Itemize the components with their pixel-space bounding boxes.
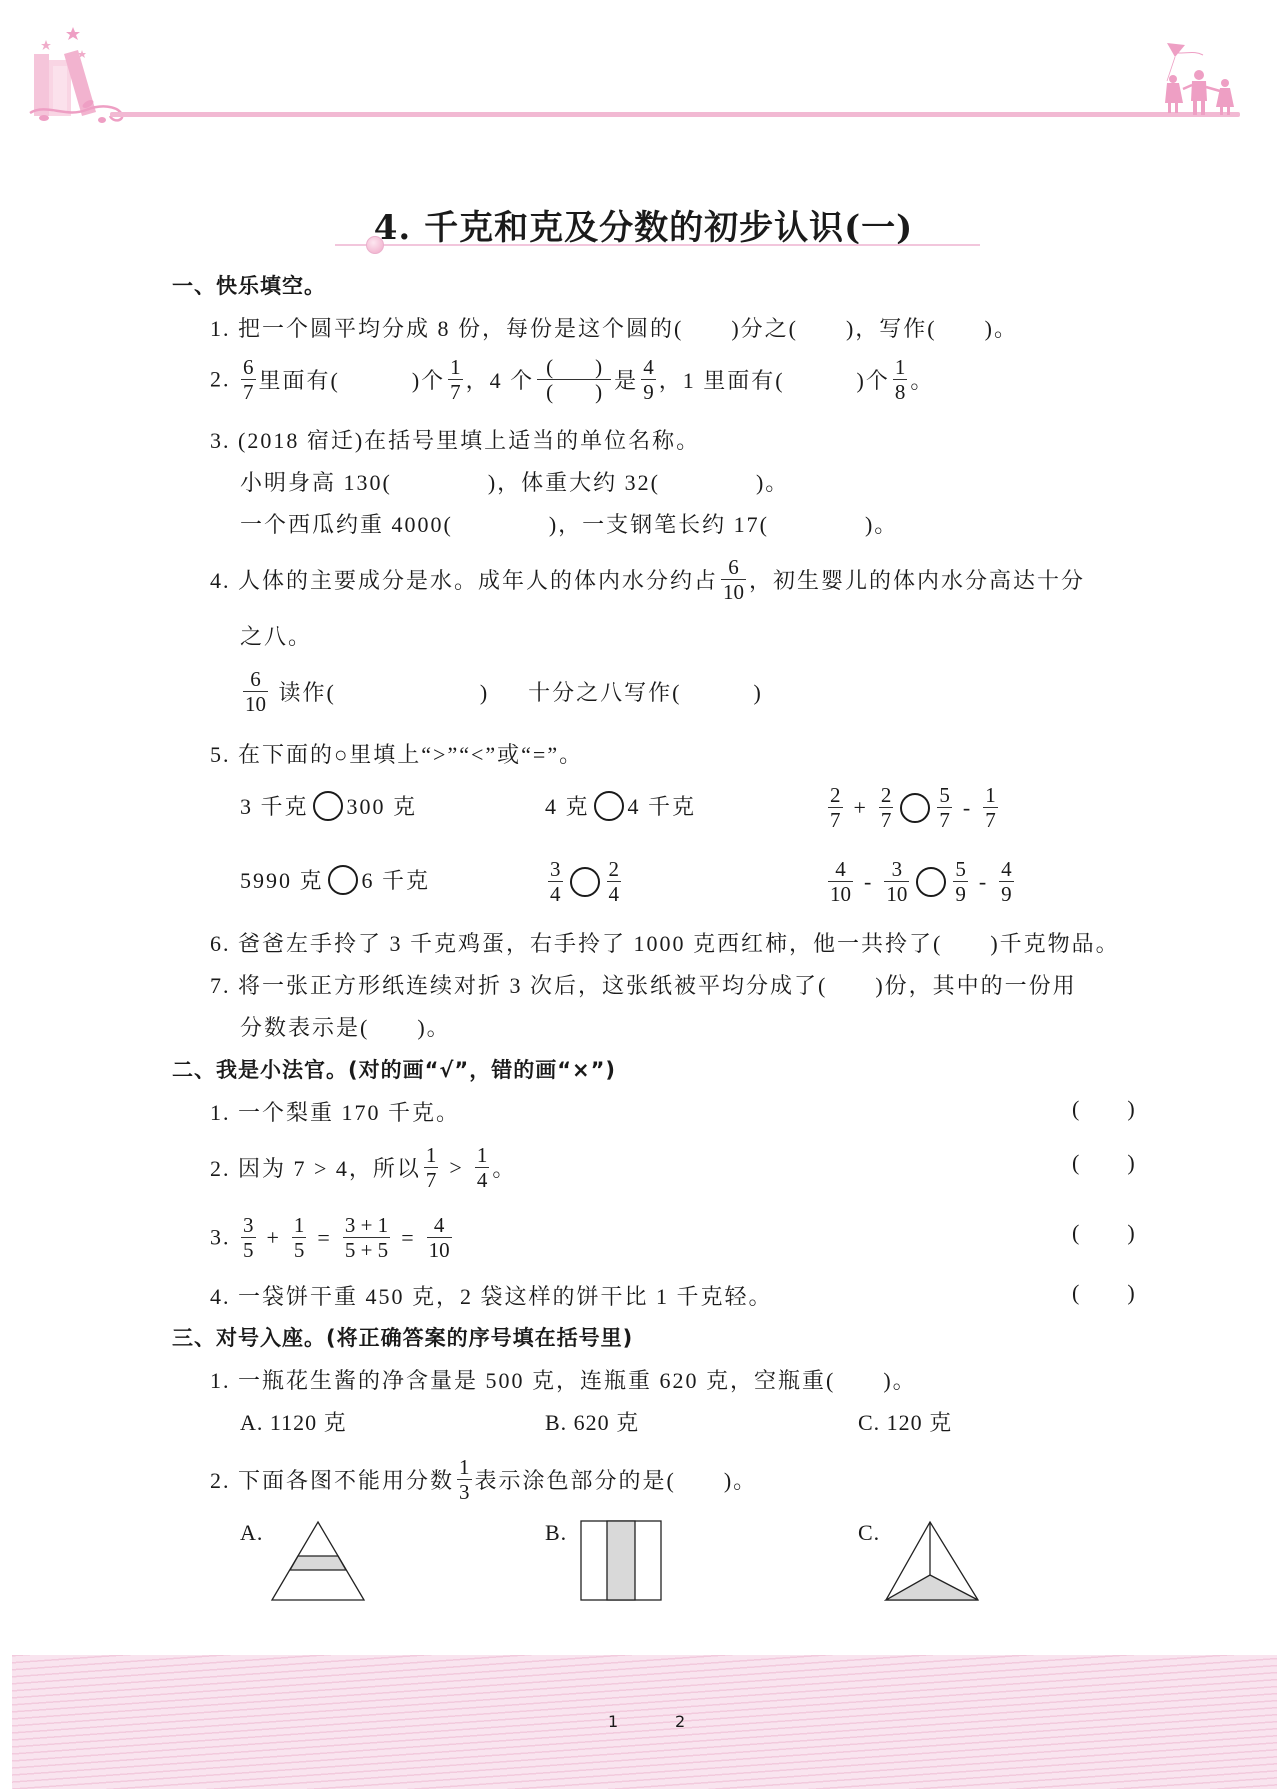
s1-q7-line2: 分数表示是( )。 (240, 1011, 451, 1042)
compare-circle-input[interactable] (313, 791, 343, 821)
judge-answer-box[interactable]: () (1072, 1220, 1135, 1246)
option-a[interactable]: A. 1120 克 (240, 1406, 347, 1437)
title-rule (335, 244, 980, 246)
judge-answer-box[interactable]: () (1072, 1096, 1135, 1122)
fraction: 67 (241, 356, 256, 403)
fraction: 610 (243, 668, 268, 715)
page-number-left: 1 (608, 1712, 618, 1731)
section-3-heading: 三、对号入座。(将正确答案的序号填在括号里) (172, 1322, 633, 1352)
fraction: 18 (893, 356, 908, 403)
option-c[interactable]: C. 120 克 (858, 1406, 952, 1437)
judge-answer-box[interactable]: () (1072, 1150, 1135, 1176)
compare-1a: 3 千克300 克 (240, 790, 417, 821)
compare-circle-input[interactable] (916, 867, 946, 897)
figure-label-c[interactable]: C. (858, 1520, 880, 1546)
figure-a-triangle-shaded-band-icon (270, 1520, 366, 1602)
compare-1b: 4 克4 千克 (545, 790, 696, 821)
title-dot (366, 236, 384, 254)
footer-wave-band (12, 1655, 1277, 1789)
section-2-heading: 二、我是小法官。(对的画“√”，错的画“×”) (172, 1054, 616, 1084)
compare-circle-input[interactable] (900, 793, 930, 823)
children-flying-kite-icon (1155, 35, 1255, 120)
figure-c-triangle-shaded-third-icon (884, 1520, 980, 1602)
compare-1c: 27+2757-17 (825, 784, 1001, 831)
page-number-right: 2 (675, 1712, 685, 1731)
s1-q6: 6. 爸爸左手拎了 3 千克鸡蛋，右手拎了 1000 克西红柿，他一共拎了( )… (210, 927, 1120, 958)
compare-2c: 410-31059-49 (825, 858, 1017, 905)
page-title: 4. 千克和克及分数的初步认识(一) (0, 200, 1287, 249)
fraction: 17 (448, 356, 463, 403)
compare-2b: 3424 (545, 858, 624, 905)
s2-q4: 4. 一袋饼干重 450 克，2 袋这样的饼干比 1 千克轻。 (210, 1280, 773, 1311)
top-rule (110, 112, 1240, 117)
section-1-heading: 一、快乐填空。 (172, 270, 326, 300)
s1-q4-line1: 4. 人体的主要成分是水。成年人的体内水分约占610，初生婴儿的体内水分高达十分 (210, 556, 1085, 603)
figure-label-b[interactable]: B. (545, 1520, 567, 1546)
fraction: 49 (641, 356, 656, 403)
s1-q3-line1: 小明身高 130( )，体重大约 32( )。 (240, 466, 789, 497)
compare-circle-input[interactable] (328, 865, 358, 895)
s3-q2: 2. 下面各图不能用分数13表示涂色部分的是( )。 (210, 1456, 757, 1503)
s1-q3-line2: 一个西瓜约重 4000( )，一支钢笔长约 17( )。 (240, 508, 898, 539)
s2-q3: 3. 35+15=3 + 15 + 5=410 (210, 1214, 455, 1261)
blank-fraction-input[interactable]: ( )( ) (537, 356, 611, 403)
s2-q1: 1. 一个梨重 170 千克。 (210, 1096, 460, 1127)
figure-label-a[interactable]: A. (240, 1520, 263, 1546)
s1-q7-line1: 7. 将一张正方形纸连续对折 3 次后，这张纸被平均分成了( )份，其中的一份用 (210, 969, 1077, 1000)
s1-q4-line2: 之八。 (240, 620, 312, 651)
judge-answer-box[interactable]: () (1072, 1280, 1135, 1306)
s1-q2: 2. 67里面有( )个17，4 个( )( )是49，1 里面有( )个18。 (210, 356, 934, 403)
option-b[interactable]: B. 620 克 (545, 1406, 639, 1437)
compare-2a: 5990 克6 千克 (240, 864, 430, 895)
fraction: 610 (721, 556, 746, 603)
s3-q1: 1. 一瓶花生酱的净含量是 500 克，连瓶重 620 克，空瓶重( )。 (210, 1364, 917, 1395)
compare-circle-input[interactable] (594, 791, 624, 821)
s1-q3-stem: 3. (2018 宿迁)在括号里填上适当的单位名称。 (210, 424, 700, 455)
s1-q4-line3: 610 读作( ) 十分之八写作( ) (240, 668, 763, 715)
compare-circle-input[interactable] (570, 867, 600, 897)
header-decoration-right (1155, 35, 1255, 120)
s1-q1: 1. 把一个圆平均分成 8 份，每份是这个圆的( )分之( )，写作( )。 (210, 312, 1018, 343)
s2-q2: 2. 因为 7 > 4，所以17>14。 (210, 1144, 516, 1191)
figure-b-rectangle-middle-strip-icon (580, 1520, 664, 1602)
s1-q5-stem: 5. 在下面的○里填上“>”“<”或“=”。 (210, 738, 583, 769)
